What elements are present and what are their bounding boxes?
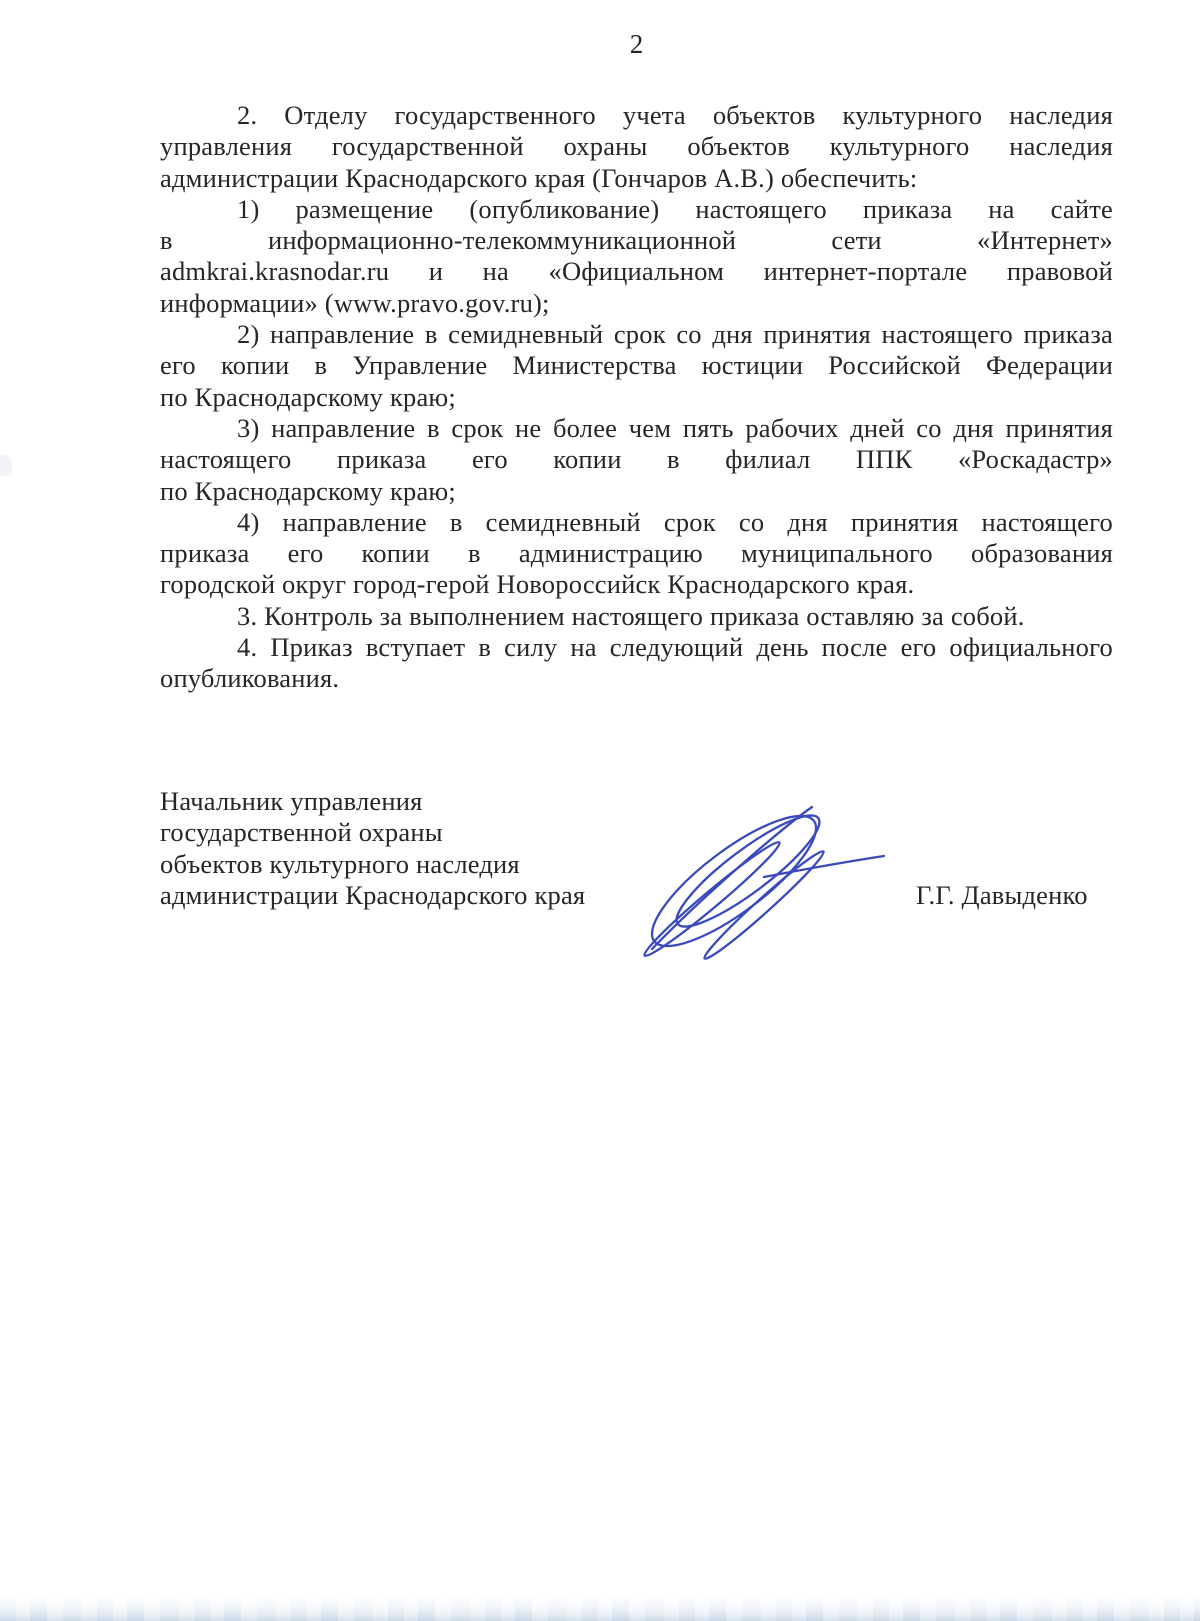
signature-title: Начальник управлениягосударственной охра… (160, 786, 640, 911)
text-line: admkrai.krasnodar.ru и на «Официальном и… (160, 256, 1113, 287)
scan-artifact-left (0, 455, 12, 476)
page-number: 2 (160, 29, 1113, 60)
signature-title-line: государственной охраны (160, 817, 640, 848)
signature-icon (616, 797, 904, 963)
paragraph: 4) направление в семидневный срок со дня… (160, 507, 1113, 601)
text-line: 3) направление в срок не более чем пять … (160, 413, 1113, 444)
text-line: его копии в Управление Министерства юсти… (160, 350, 1113, 381)
text-line: информации» (www.pravo.gov.ru); (160, 288, 1113, 319)
signature-title-line: Начальник управления (160, 786, 640, 817)
text-line: городской округ город-герой Новороссийск… (160, 569, 1113, 600)
text-line: 3. Контроль за выполнением настоящего пр… (160, 601, 1113, 632)
text-line: в информационно-телекоммуникационной сет… (160, 225, 1113, 256)
scan-artifact-bottom (0, 1594, 1200, 1621)
text-line: 1) размещение (опубликование) настоящего… (160, 194, 1113, 225)
paragraph: 2) направление в семидневный срок со дня… (160, 319, 1113, 413)
paragraph: 3) направление в срок не более чем пять … (160, 413, 1113, 507)
text-line: 2. Отделу государственного учета объекто… (160, 100, 1113, 131)
paragraph: 1) размещение (опубликование) настоящего… (160, 194, 1113, 319)
text-line: управления государственной охраны объект… (160, 131, 1113, 162)
paragraph: 2. Отделу государственного учета объекто… (160, 100, 1113, 194)
text-line: 4. Приказ вступает в силу на следующий д… (160, 632, 1113, 663)
text-line: 4) направление в семидневный срок со дня… (160, 507, 1113, 538)
signature-strokes (635, 797, 884, 963)
signature-title-line: администрации Краснодарского края (160, 880, 640, 911)
text-line: настоящего приказа его копии в филиал ПП… (160, 444, 1113, 475)
signature-title-line: объектов культурного наследия (160, 849, 640, 880)
text-line: по Краснодарскому краю; (160, 382, 1113, 413)
text-line: приказа его копии в администрацию муници… (160, 538, 1113, 569)
text-line: по Краснодарскому краю; (160, 476, 1113, 507)
text-line: администрации Краснодарского края (Гонча… (160, 163, 1113, 194)
paragraph: 4. Приказ вступает в силу на следующий д… (160, 632, 1113, 695)
document-body: 2. Отделу государственного учета объекто… (160, 100, 1113, 695)
signer-name: Г.Г. Давыденко (916, 880, 1088, 911)
paragraph: 3. Контроль за выполнением настоящего пр… (160, 601, 1113, 632)
text-line: 2) направление в семидневный срок со дня… (160, 319, 1113, 350)
text-line: опубликования. (160, 663, 1113, 694)
document-page: 2 2. Отделу государственного учета объек… (0, 0, 1200, 1621)
